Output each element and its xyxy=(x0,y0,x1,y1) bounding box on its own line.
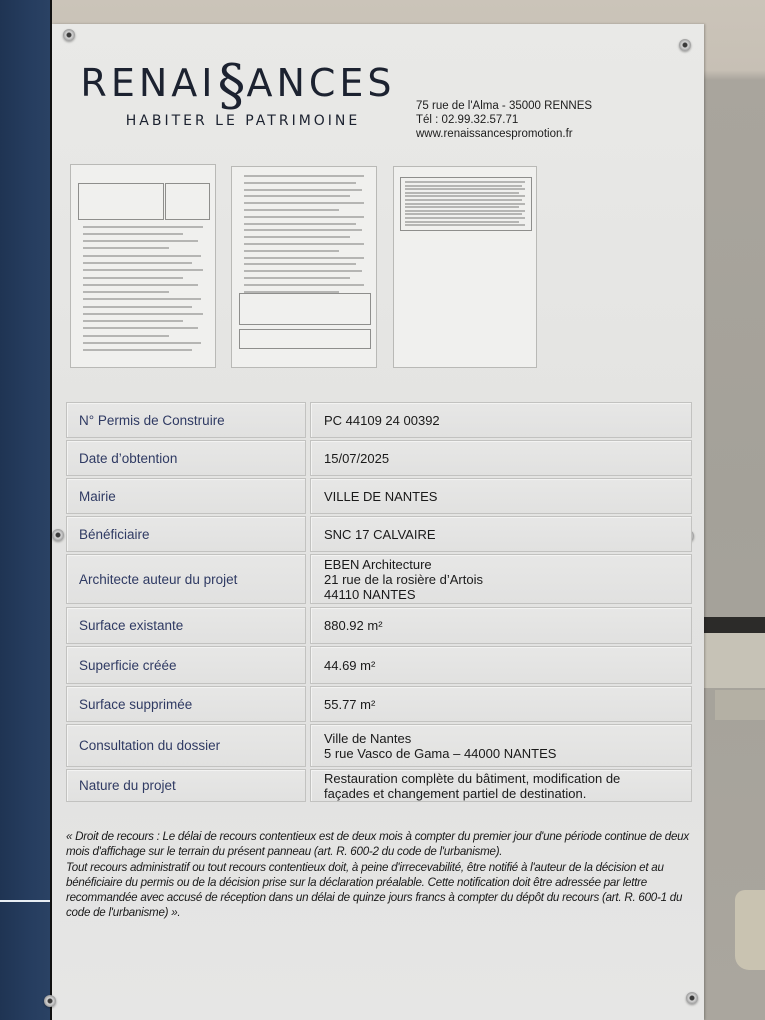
document-text-line xyxy=(244,284,365,286)
table-row: Superficie créée44.69 m² xyxy=(66,646,692,684)
document-text-line xyxy=(405,213,521,215)
document-text-line xyxy=(405,192,519,194)
document-box xyxy=(239,329,371,349)
brand-name-part1: RENAI xyxy=(80,61,216,105)
contact-address: 75 rue de l'Alma - 35000 RENNES xyxy=(416,99,592,113)
row-label: Nature du projet xyxy=(66,769,306,802)
legal-notice: « Droit de recours : Le délai de recours… xyxy=(66,829,698,921)
table-row: BénéficiaireSNC 17 CALVAIRE xyxy=(66,516,692,552)
legal-notice-paragraph-2: Tout recours administratif ou tout recou… xyxy=(66,860,698,921)
table-row: Architecte auteur du projetEBEN Architec… xyxy=(66,554,692,604)
row-value: SNC 17 CALVAIRE xyxy=(310,516,692,552)
document-text-line xyxy=(244,263,356,265)
table-row: MairieVILLE DE NANTES xyxy=(66,478,692,514)
document-text-line xyxy=(405,224,524,226)
row-value: 55.77 m² xyxy=(310,686,692,722)
document-text-line xyxy=(405,210,524,212)
brand-name-part2: ANCES xyxy=(246,61,395,105)
document-text-line xyxy=(244,270,362,272)
document-box xyxy=(78,183,164,219)
section-sign-icon: § xyxy=(217,53,245,118)
document-text-line xyxy=(83,291,169,293)
contact-block: 75 rue de l'Alma - 35000 RENNES Tél : 02… xyxy=(416,99,592,141)
row-label: Superficie créée xyxy=(66,646,306,684)
row-label: Bénéficiaire xyxy=(66,516,306,552)
document-text-line xyxy=(244,209,339,211)
document-thumbnail-page-1 xyxy=(70,164,216,368)
brand-tagline: HABITER LE PATRIMOINE xyxy=(88,113,398,129)
wall-paint-patch xyxy=(715,690,765,720)
brand-name: RENAI§ANCES xyxy=(78,60,398,109)
row-value: 15/07/2025 xyxy=(310,440,692,476)
table-row: Date d’obtention15/07/2025 xyxy=(66,440,692,476)
row-label: Date d’obtention xyxy=(66,440,306,476)
document-text-line xyxy=(83,327,198,329)
document-text-line xyxy=(83,247,169,249)
blue-post xyxy=(0,0,52,1020)
document-text-line xyxy=(83,313,204,315)
legal-notice-paragraph-1: « Droit de recours : Le délai de recours… xyxy=(66,829,698,860)
document-text-line xyxy=(83,226,204,228)
wall-dark-band xyxy=(700,617,765,633)
document-text-line xyxy=(405,188,524,190)
row-label: N° Permis de Construire xyxy=(66,402,306,438)
document-box xyxy=(165,183,210,219)
document-text-line xyxy=(405,181,524,183)
document-text-line xyxy=(244,277,351,279)
document-text-line xyxy=(244,195,351,197)
screw-icon xyxy=(679,39,691,51)
row-label: Surface supprimée xyxy=(66,686,306,722)
row-value: Ville de Nantes 5 rue Vasco de Gama – 44… xyxy=(310,724,692,767)
document-text-line xyxy=(244,182,356,184)
screw-icon xyxy=(686,992,698,1004)
document-text-line xyxy=(83,255,201,257)
document-text-line xyxy=(83,298,201,300)
row-value: PC 44109 24 00392 xyxy=(310,402,692,438)
screw-icon xyxy=(44,995,56,1007)
document-text-line xyxy=(83,335,169,337)
document-text-line xyxy=(244,243,365,245)
document-text-line xyxy=(244,216,365,218)
document-thumbnail-page-3 xyxy=(393,166,537,368)
table-row: Surface supprimée55.77 m² xyxy=(66,686,692,722)
document-text-line xyxy=(244,257,365,259)
document-text-line xyxy=(83,269,204,271)
row-label: Mairie xyxy=(66,478,306,514)
row-value: VILLE DE NANTES xyxy=(310,478,692,514)
document-box xyxy=(239,293,371,325)
document-text-line xyxy=(244,236,351,238)
document-text-line xyxy=(83,349,192,351)
document-text-line xyxy=(244,175,365,177)
document-text-line xyxy=(244,223,356,225)
document-text-line xyxy=(83,306,192,308)
document-text-line xyxy=(83,262,192,264)
document-text-line xyxy=(83,240,198,242)
wall-paint-chip xyxy=(735,890,765,970)
document-text-line xyxy=(83,233,184,235)
table-row: Consultation du dossierVille de Nantes 5… xyxy=(66,724,692,767)
row-value: 880.92 m² xyxy=(310,607,692,644)
document-text-line xyxy=(405,221,519,223)
table-row: N° Permis de ConstruirePC 44109 24 00392 xyxy=(66,402,692,438)
screw-icon xyxy=(52,529,64,541)
wall-paint-patch xyxy=(700,633,765,688)
document-thumbnail-page-2 xyxy=(231,166,377,368)
brand-logo: RENAI§ANCES HABITER LE PATRIMOINE xyxy=(78,60,398,129)
document-text-line xyxy=(405,195,524,197)
row-value: EBEN Architecture 21 rue de la rosière d… xyxy=(310,554,692,604)
document-text-line xyxy=(244,229,362,231)
table-row: Nature du projetRestauration complète du… xyxy=(66,769,692,802)
document-text-line xyxy=(405,185,521,187)
row-label: Surface existante xyxy=(66,607,306,644)
document-text-line xyxy=(83,342,201,344)
table-row: Surface existante880.92 m² xyxy=(66,607,692,644)
screw-icon xyxy=(63,29,75,41)
document-text-line xyxy=(244,202,365,204)
document-text-line xyxy=(405,199,521,201)
row-value: 44.69 m² xyxy=(310,646,692,684)
document-text-line xyxy=(83,320,184,322)
document-text-line xyxy=(83,277,184,279)
document-text-line xyxy=(405,217,524,219)
document-text-line xyxy=(405,206,519,208)
row-value: Restauration complète du bâtiment, modif… xyxy=(310,769,692,802)
document-text-line xyxy=(244,189,362,191)
document-text-line xyxy=(83,284,198,286)
row-label: Architecte auteur du projet xyxy=(66,554,306,604)
row-label: Consultation du dossier xyxy=(66,724,306,767)
contact-phone: Tél : 02.99.32.57.71 xyxy=(416,113,592,127)
contact-website[interactable]: www.renaissancespromotion.fr xyxy=(416,127,592,141)
document-text-line xyxy=(244,250,339,252)
document-text-line xyxy=(405,203,524,205)
